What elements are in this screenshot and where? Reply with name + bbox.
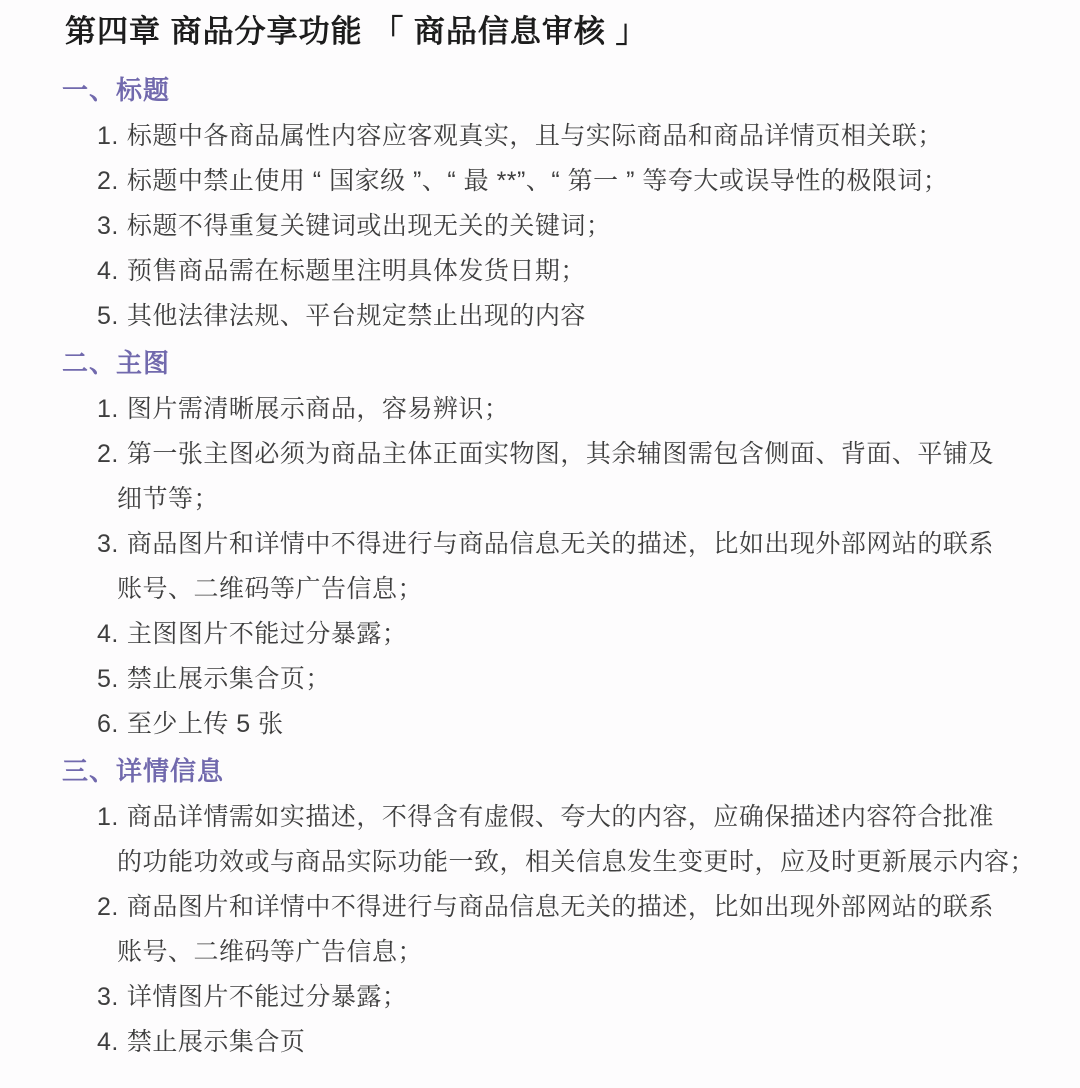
section-main-image-items: 1.图片需清晰展示商品，容易辨识； 2.第一张主图必须为商品主体正面实物图，其余… <box>62 387 1040 747</box>
item-text: 商品详情需如实描述，不得含有虚假、夸大的内容，应确保描述内容符合批准 <box>127 803 994 831</box>
item-number: 1. <box>97 795 119 840</box>
item-number: 3. <box>97 204 119 249</box>
item-number: 3. <box>97 975 119 1020</box>
list-item: 4.禁止展示集合页 <box>97 1020 1040 1065</box>
item-number: 2. <box>97 432 119 477</box>
list-item: 4.主图图片不能过分暴露； <box>97 612 1040 657</box>
list-item: 5.其他法律法规、平台规定禁止出现的内容 <box>97 294 1040 339</box>
item-number: 4. <box>97 612 119 657</box>
item-number: 1. <box>97 114 119 159</box>
item-text: 图片需清晰展示商品，容易辨识； <box>127 395 510 423</box>
item-number: 3. <box>97 522 119 567</box>
item-number: 2. <box>97 159 119 204</box>
list-item: 3.详情图片不能过分暴露； <box>97 975 1040 1020</box>
section-title-items: 1.标题中各商品属性内容应客观真实，且与实际商品和商品详情页相关联； 2.标题中… <box>62 114 1040 339</box>
list-item: 2.第一张主图必须为商品主体正面实物图，其余辅图需包含侧面、背面、平铺及 <box>97 432 1040 477</box>
item-text: 预售商品需在标题里注明具体发货日期； <box>127 257 586 285</box>
item-number: 4. <box>97 249 119 294</box>
list-item-continuation: 细节等； <box>97 477 1040 522</box>
list-item: 4.预售商品需在标题里注明具体发货日期； <box>97 249 1040 294</box>
list-item: 1.标题中各商品属性内容应客观真实，且与实际商品和商品详情页相关联； <box>97 114 1040 159</box>
list-item: 6.至少上传 5 张 <box>97 702 1040 747</box>
section-heading-title: 一、标题 <box>62 66 1040 114</box>
page-title: 第四章 商品分享功能 「 商品信息审核 」 <box>65 10 1040 54</box>
item-number: 5. <box>97 657 119 702</box>
list-item: 3.商品图片和详情中不得进行与商品信息无关的描述，比如出现外部网站的联系 <box>97 522 1040 567</box>
item-number: 5. <box>97 294 119 339</box>
item-text: 至少上传 5 张 <box>127 710 284 738</box>
item-text: 第一张主图必须为商品主体正面实物图，其余辅图需包含侧面、背面、平铺及 <box>127 440 994 468</box>
item-text: 详情图片不能过分暴露； <box>127 983 408 1011</box>
section-detail-info-items: 1.商品详情需如实描述，不得含有虚假、夸大的内容，应确保描述内容符合批准 的功能… <box>62 795 1040 1065</box>
item-number: 6. <box>97 702 119 747</box>
item-text: 商品图片和详情中不得进行与商品信息无关的描述，比如出现外部网站的联系 <box>127 530 994 558</box>
list-item: 2.商品图片和详情中不得进行与商品信息无关的描述，比如出现外部网站的联系 <box>97 885 1040 930</box>
item-text: 禁止展示集合页 <box>127 1028 306 1056</box>
list-item: 2.标题中禁止使用 “ 国家级 ”、“ 最 **”、“ 第一 ” 等夸大或误导性… <box>97 159 1040 204</box>
section-heading-main-image: 二、主图 <box>62 339 1040 387</box>
list-item-continuation: 的功能功效或与商品实际功能一致，相关信息发生变更时，应及时更新展示内容； <box>97 840 1040 885</box>
item-number: 2. <box>97 885 119 930</box>
item-text: 标题中禁止使用 “ 国家级 ”、“ 最 **”、“ 第一 ” 等夸大或误导性的极… <box>127 167 948 195</box>
list-item-continuation: 账号、二维码等广告信息； <box>97 567 1040 612</box>
document-page: 第四章 商品分享功能 「 商品信息审核 」 一、标题 1.标题中各商品属性内容应… <box>0 0 1080 1088</box>
section-heading-detail-info: 三、详情信息 <box>62 747 1040 795</box>
item-text: 标题中各商品属性内容应客观真实，且与实际商品和商品详情页相关联； <box>127 122 943 150</box>
item-number: 4. <box>97 1020 119 1065</box>
item-text: 主图图片不能过分暴露； <box>127 620 408 648</box>
list-item: 5.禁止展示集合页； <box>97 657 1040 702</box>
list-item: 1.图片需清晰展示商品，容易辨识； <box>97 387 1040 432</box>
item-text: 其他法律法规、平台规定禁止出现的内容 <box>127 302 586 330</box>
item-text: 商品图片和详情中不得进行与商品信息无关的描述，比如出现外部网站的联系 <box>127 893 994 921</box>
item-text: 禁止展示集合页； <box>127 665 331 693</box>
item-text: 标题不得重复关键词或出现无关的关键词； <box>127 212 612 240</box>
item-number: 1. <box>97 387 119 432</box>
list-item: 3.标题不得重复关键词或出现无关的关键词； <box>97 204 1040 249</box>
list-item-continuation: 账号、二维码等广告信息； <box>97 930 1040 975</box>
list-item: 1.商品详情需如实描述，不得含有虚假、夸大的内容，应确保描述内容符合批准 <box>97 795 1040 840</box>
